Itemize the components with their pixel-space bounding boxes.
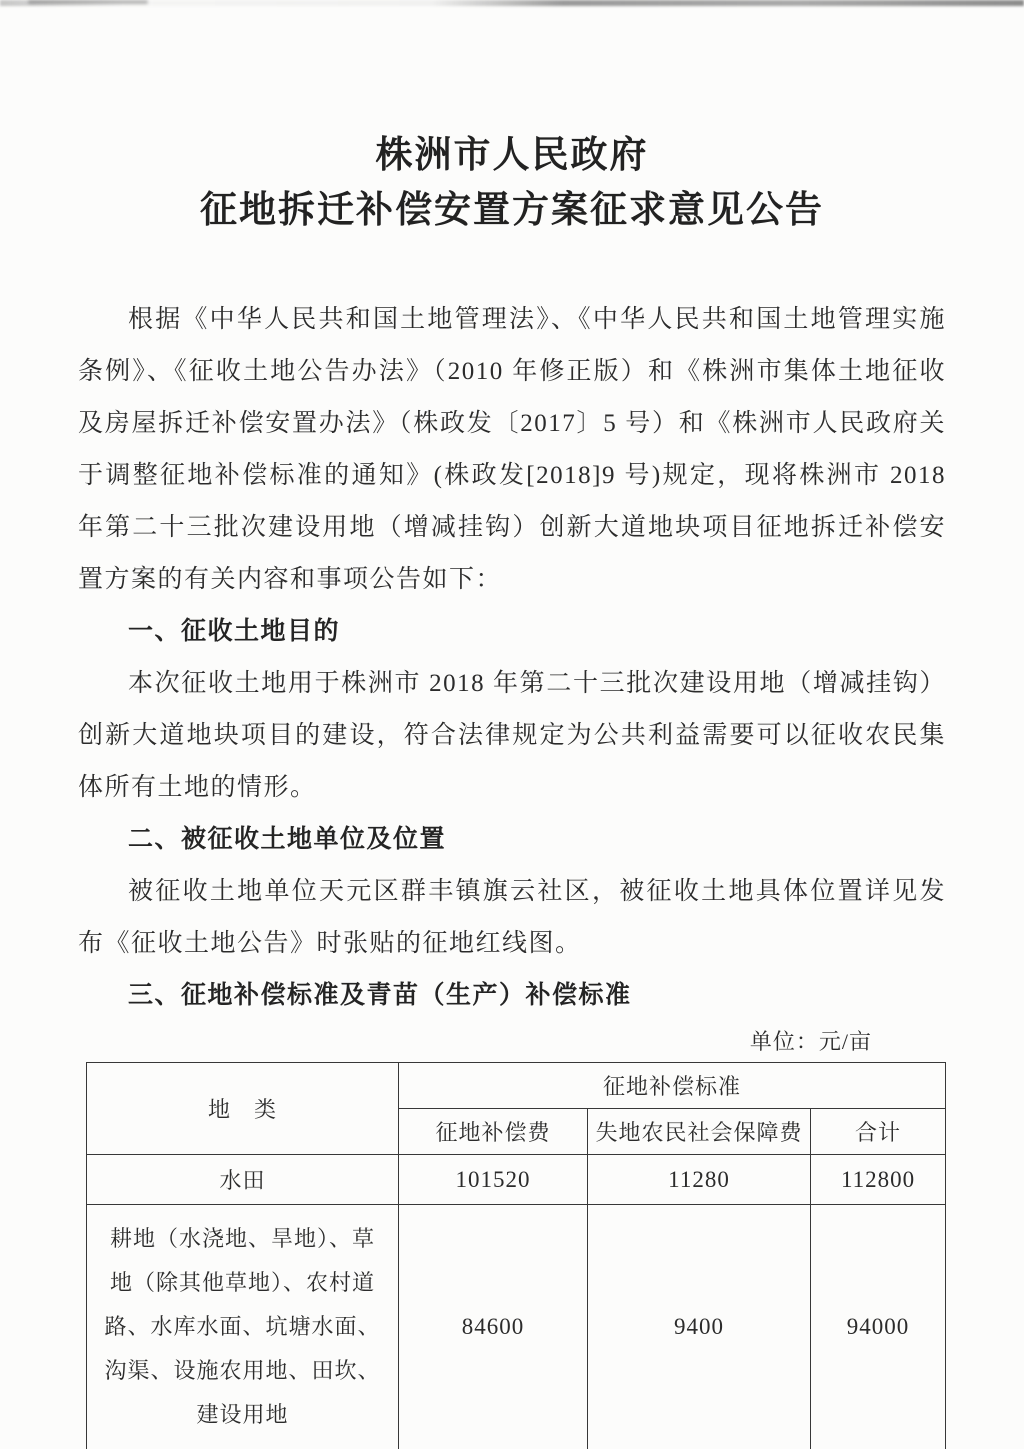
table-unit-label: 单位：元/亩: [78, 1022, 946, 1062]
section-2-heading: 二、被征收土地单位及位置: [78, 814, 946, 866]
section-2-body: 被征收土地单位天元区群丰镇旗云社区，被征收土地具体位置详见发布《征收土地公告》时…: [78, 866, 946, 970]
scanned-document-page: 株洲市人民政府 征地拆迁补偿安置方案征求意见公告 根据《中华人民共和国土地管理法…: [0, 0, 1024, 1449]
table-header-group: 征地补偿标准: [399, 1063, 946, 1109]
cell-compensation: 84600: [399, 1205, 588, 1449]
table-row-other-land: 耕地（水浇地、旱地）、草地（除其他草地）、农村道路、水库水面、坑塘水面、沟渠、设…: [87, 1205, 946, 1449]
document-title-line2: 征地拆迁补偿安置方案征求意见公告: [78, 183, 946, 238]
compensation-standards-table: 地 类 征地补偿标准 征地补偿费 失地农民社会保障费 合计 水田 101520 …: [86, 1062, 946, 1449]
cell-total: 112800: [811, 1155, 946, 1205]
section-1-heading: 一、征收土地目的: [78, 606, 946, 658]
intro-paragraph: 根据《中华人民共和国土地管理法》、《中华人民共和国土地管理实施条例》、《征收土地…: [78, 294, 946, 606]
cell-total: 94000: [811, 1205, 946, 1449]
table-row-paddy-field: 水田 101520 11280 112800: [87, 1155, 946, 1205]
document-body: 根据《中华人民共和国土地管理法》、《中华人民共和国土地管理实施条例》、《征收土地…: [78, 294, 946, 1022]
scan-artifact-speck: [28, 0, 148, 4]
document-title-line1: 株洲市人民政府: [78, 128, 946, 183]
cell-land-type: 耕地（水浇地、旱地）、草地（除其他草地）、农村道路、水库水面、坑塘水面、沟渠、设…: [87, 1205, 399, 1449]
table-header-social-security-fee: 失地农民社会保障费: [588, 1109, 811, 1155]
section-1-body: 本次征收土地用于株洲市 2018 年第二十三批次建设用地（增减挂钩）创新大道地块…: [78, 658, 946, 814]
cell-land-type: 水田: [87, 1155, 399, 1205]
table-header-row-group: 地 类 征地补偿标准: [87, 1063, 946, 1109]
document-title: 株洲市人民政府 征地拆迁补偿安置方案征求意见公告: [78, 128, 946, 238]
document-content: 株洲市人民政府 征地拆迁补偿安置方案征求意见公告 根据《中华人民共和国土地管理法…: [0, 128, 1024, 1449]
table-header-compensation-fee: 征地补偿费: [399, 1109, 588, 1155]
cell-compensation: 101520: [399, 1155, 588, 1205]
cell-social-security: 9400: [588, 1205, 811, 1449]
section-3-heading: 三、征地补偿标准及青苗（生产）补偿标准: [78, 970, 946, 1022]
scan-artifact-top-edge: [0, 0, 1024, 6]
table-header-land-type: 地 类: [87, 1063, 399, 1155]
cell-social-security: 11280: [588, 1155, 811, 1205]
table-header-total: 合计: [811, 1109, 946, 1155]
